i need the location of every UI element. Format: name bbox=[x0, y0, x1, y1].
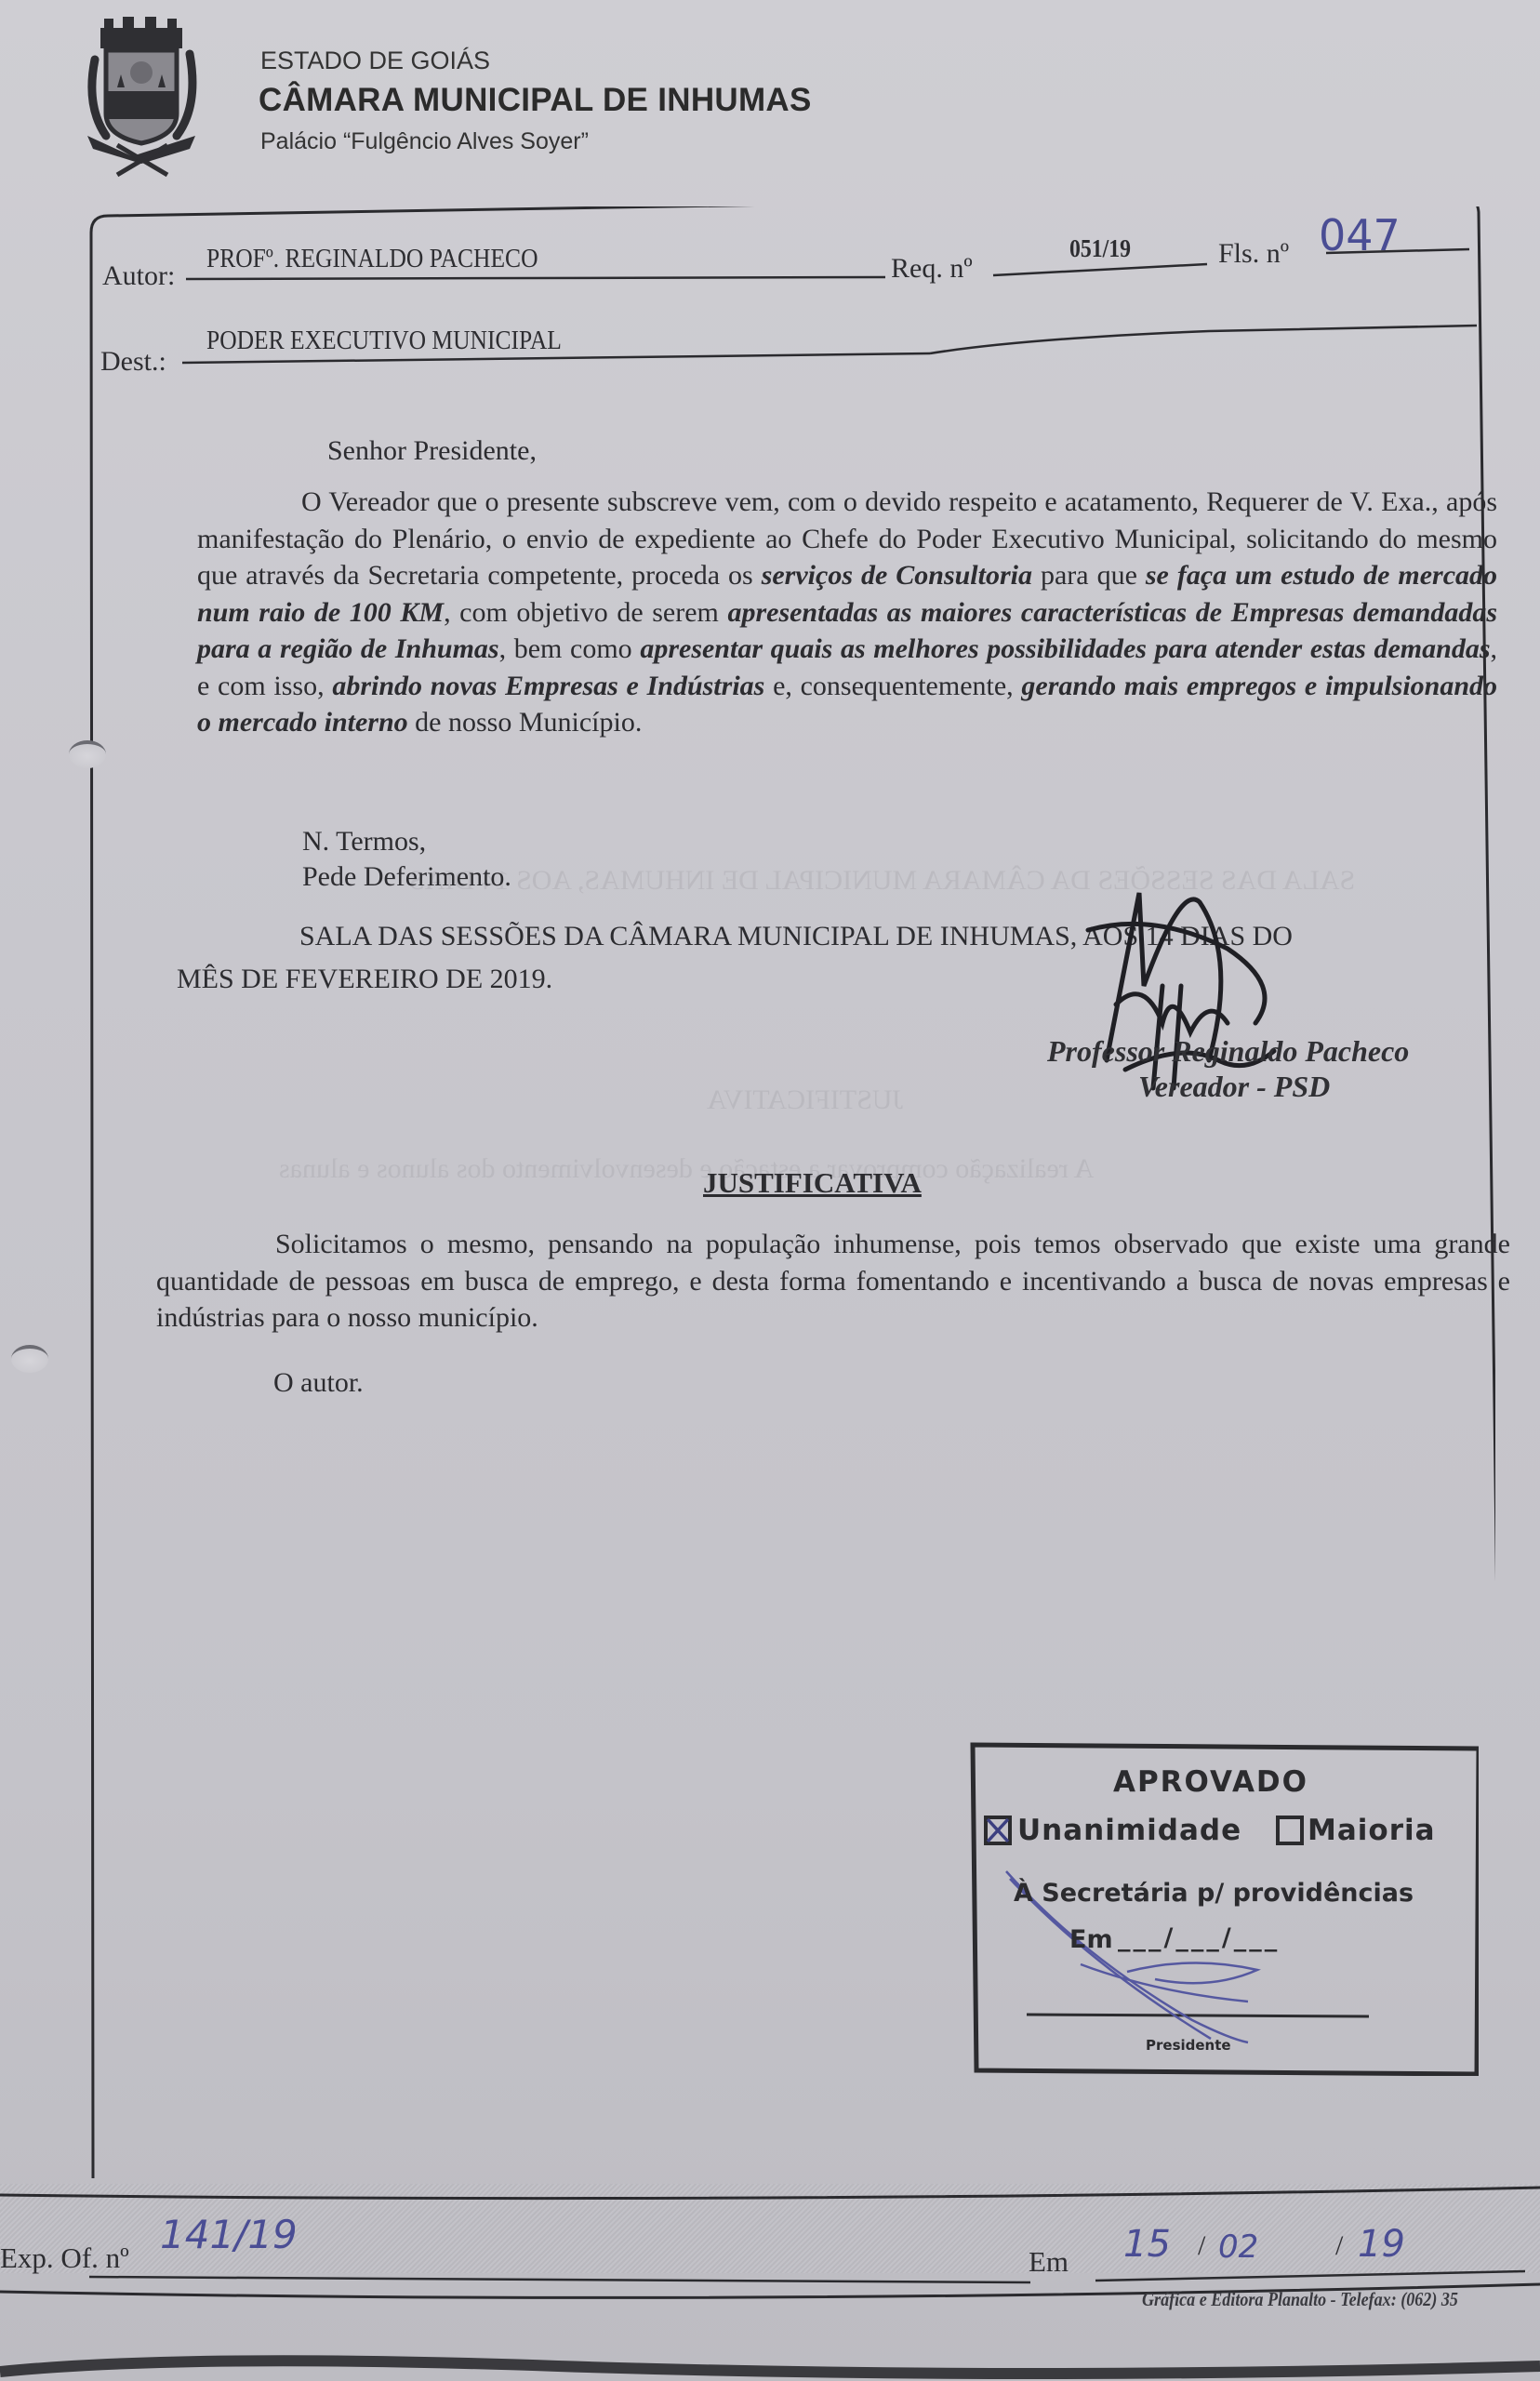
body-text-segment: e, consequentemente, bbox=[764, 671, 1021, 701]
majority-checkbox[interactable] bbox=[1276, 1816, 1304, 1845]
emphasized-text: abrindo novas Empresas e Indústrias bbox=[332, 671, 764, 701]
signatory-name: Professor Reginaldo Pacheco bbox=[1047, 1034, 1409, 1069]
closing-request: Pede Deferimento. bbox=[302, 861, 511, 893]
body-text-segment: para que bbox=[1032, 560, 1146, 591]
signatory-role: Vereador - PSD bbox=[1138, 1070, 1330, 1104]
request-number-value: 051/19 bbox=[1069, 234, 1131, 263]
footer-lines bbox=[0, 2167, 1540, 2381]
justification-title: JUSTIFICATIVA bbox=[703, 1166, 922, 1200]
emphasized-text: serviços de Consultoria bbox=[762, 560, 1032, 591]
justification-body: Solicitamos o mesmo, pensando na populaç… bbox=[156, 1226, 1510, 1337]
author-value: PROFº. REGINALDO PACHECO bbox=[206, 244, 538, 274]
punch-hole bbox=[69, 740, 106, 768]
author-label: Autor: bbox=[102, 260, 175, 292]
closing-terms: N. Termos, bbox=[302, 826, 426, 858]
show-through-text: JUSTIFICATIVA bbox=[707, 1084, 903, 1116]
footer-date-year: 19 bbox=[1358, 2223, 1405, 2266]
majority-label: Maioria bbox=[1308, 1814, 1436, 1847]
body-text-segment: , bem como bbox=[499, 633, 641, 664]
expedient-number-handwritten: 141/19 bbox=[160, 2212, 298, 2257]
emphasized-text: apresentar quais as melhores possibilida… bbox=[640, 633, 1490, 664]
place-date-line-2: MÊS DE FEVEREIRO DE 2019. bbox=[177, 964, 552, 995]
document-page: ESTADO DE GOIÁS CÂMARA MUNICIPAL DE INHU… bbox=[0, 0, 1540, 2381]
footer-date-label: Em bbox=[1029, 2245, 1069, 2279]
body-text-segment: , com objetivo de serem bbox=[444, 597, 727, 628]
stamp-date-label: Em bbox=[1069, 1925, 1113, 1954]
printer-credit: Gráfica e Editora Planalto - Telefax: (0… bbox=[1142, 2288, 1458, 2311]
unanimity-label: Unanimidade bbox=[1017, 1814, 1241, 1847]
destination-value: PODER EXECUTIVO MUNICIPAL bbox=[206, 326, 562, 356]
show-through-text: A realização comprovar a estação e desen… bbox=[279, 1153, 1094, 1185]
footer-date-month: 02 bbox=[1218, 2228, 1258, 2266]
president-label: Presidente bbox=[1146, 2037, 1231, 2054]
stamp-date-field: ___/___/___ bbox=[1118, 1923, 1280, 1952]
salutation: Senhor Presidente, bbox=[327, 435, 537, 467]
destination-label: Dest.: bbox=[100, 346, 166, 378]
unanimity-checkbox[interactable] bbox=[984, 1816, 1012, 1845]
justification-signoff: O autor. bbox=[273, 1367, 364, 1399]
letter-body: O Vereador que o presente subscreve vem,… bbox=[197, 484, 1497, 741]
date-separator: / bbox=[1198, 2230, 1205, 2262]
expedient-label: Exp. Of. nº bbox=[0, 2241, 129, 2275]
date-separator: / bbox=[1335, 2230, 1343, 2262]
stamp-title: APROVADO bbox=[969, 1765, 1453, 1799]
sheet-number-label: Fls. nº bbox=[1218, 238, 1289, 270]
approval-stamp: APROVADO Unanimidade Maioria À Secretári… bbox=[969, 1741, 1479, 2076]
footer-date-day: 15 bbox=[1123, 2223, 1171, 2266]
forward-text: À Secretária p/ providências bbox=[1014, 1879, 1414, 1908]
sheet-number-handwritten: 047 bbox=[1319, 210, 1401, 260]
justification-text: Solicitamos o mesmo, pensando na populaç… bbox=[156, 1226, 1510, 1337]
body-text-segment: de nosso Município. bbox=[408, 707, 643, 738]
request-number-label: Req. nº bbox=[891, 253, 973, 285]
punch-hole bbox=[11, 1345, 48, 1373]
